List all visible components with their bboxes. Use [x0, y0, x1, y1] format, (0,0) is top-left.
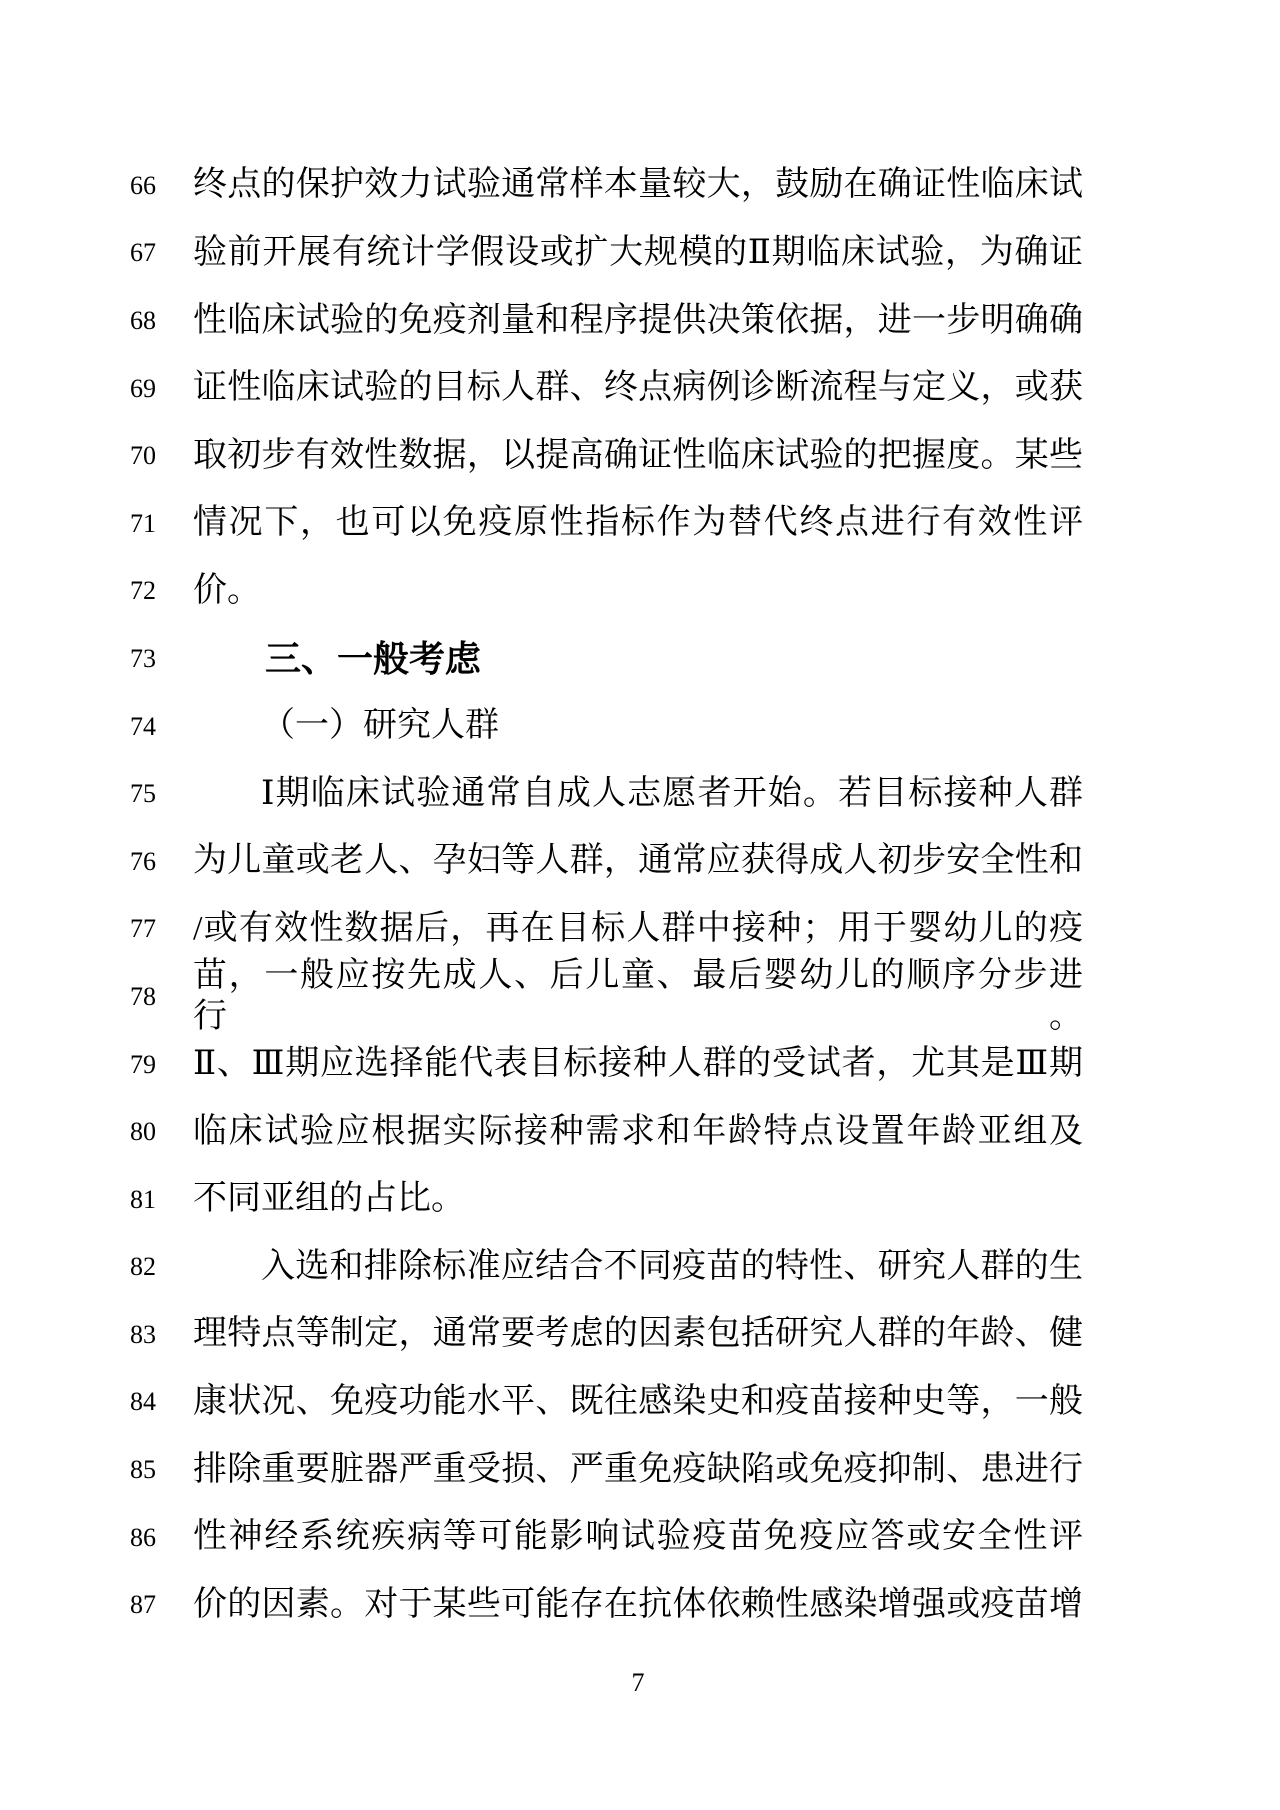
line-number: 85 [0, 1457, 193, 1483]
document-line: 73三、一般考虑 [0, 625, 1280, 693]
document-line: 67验前开展有统计学假设或扩大规模的Ⅱ期临床试验，为确证 [0, 220, 1280, 288]
document-line: 70取初步有效性数据，以提高确证性临床试验的把握度。某些 [0, 422, 1280, 490]
document-line: 71情况下，也可以免疫原性指标作为替代终点进行有效性评 [0, 490, 1280, 558]
line-number: 87 [0, 1592, 193, 1618]
line-text: 康状况、免疫功能水平、既往感染史和疫苗接种史等，一般 [193, 1382, 1083, 1423]
line-number: 79 [0, 1052, 193, 1078]
line-number: 70 [0, 443, 193, 469]
document-line: 69证性临床试验的目标人群、终点病例诊断流程与定义，或获 [0, 355, 1280, 423]
document-line: 78苗，一般应按先成人、后儿童、最后婴幼儿的顺序分步进行。 [0, 963, 1280, 1031]
line-text: 性神经系统疾病等可能影响试验疫苗免疫应答或安全性评 [193, 1517, 1083, 1558]
document-line: 85排除重要脏器严重受损、严重免疫缺陷或免疫抑制、患进行 [0, 1436, 1280, 1504]
line-text: 验前开展有统计学假设或扩大规模的Ⅱ期临床试验，为确证 [193, 233, 1083, 274]
line-text: 情况下，也可以免疫原性指标作为替代终点进行有效性评 [193, 503, 1083, 544]
line-number: 76 [0, 849, 193, 875]
document-line: 80临床试验应根据实际接种需求和年龄特点设置年龄亚组及 [0, 1098, 1280, 1166]
document-line: 84康状况、免疫功能水平、既往感染史和疫苗接种史等，一般 [0, 1369, 1280, 1437]
line-text: 苗，一般应按先成人、后儿童、最后婴幼儿的顺序分步进行。 [193, 956, 1083, 1038]
document-line: 66终点的保护效力试验通常样本量较大，鼓励在确证性临床试 [0, 152, 1280, 220]
line-number: 72 [0, 578, 193, 604]
line-number: 69 [0, 376, 193, 402]
line-number: 81 [0, 1187, 193, 1213]
document-content: 66终点的保护效力试验通常样本量较大，鼓励在确证性临床试67验前开展有统计学假设… [0, 152, 1280, 1639]
document-page: 66终点的保护效力试验通常样本量较大，鼓励在确证性临床试67验前开展有统计学假设… [0, 0, 1280, 1810]
line-number: 75 [0, 781, 193, 807]
line-text: 终点的保护效力试验通常样本量较大，鼓励在确证性临床试 [193, 165, 1083, 206]
line-number: 78 [0, 984, 193, 1010]
line-text: 价。 [193, 571, 1083, 612]
document-line: 74（一）研究人群 [0, 693, 1280, 761]
document-line: 72价。 [0, 558, 1280, 626]
line-number: 82 [0, 1254, 193, 1280]
document-line: 79Ⅱ、Ⅲ期应选择能代表目标接种人群的受试者，尤其是Ⅲ期 [0, 1031, 1280, 1099]
line-number: 86 [0, 1525, 193, 1551]
line-number: 74 [0, 714, 193, 740]
line-text: 不同亚组的占比。 [193, 1179, 1083, 1220]
document-line: 77/或有效性数据后，再在目标人群中接种；用于婴幼儿的疫 [0, 896, 1280, 964]
line-text: 理特点等制定，通常要考虑的因素包括研究人群的年龄、健 [193, 1314, 1083, 1355]
document-line: 83理特点等制定，通常要考虑的因素包括研究人群的年龄、健 [0, 1301, 1280, 1369]
line-number: 77 [0, 916, 193, 942]
line-number: 80 [0, 1119, 193, 1145]
document-line: 81不同亚组的占比。 [0, 1166, 1280, 1234]
line-text: Ⅰ期临床试验通常自成人志愿者开始。若目标接种人群 [193, 774, 1083, 815]
line-text: 为儿童或老人、孕妇等人群，通常应获得成人初步安全性和 [193, 841, 1083, 882]
line-text: 三、一般考虑 [193, 637, 1083, 680]
line-text: Ⅱ、Ⅲ期应选择能代表目标接种人群的受试者，尤其是Ⅲ期 [193, 1044, 1083, 1085]
line-text: 临床试验应根据实际接种需求和年龄特点设置年龄亚组及 [193, 1112, 1083, 1153]
line-text: 取初步有效性数据，以提高确证性临床试验的把握度。某些 [193, 436, 1083, 477]
page-number: 7 [193, 1668, 1083, 1698]
line-text: 价的因素。对于某些可能存在抗体依赖性感染增强或疫苗增 [193, 1585, 1083, 1626]
line-number: 71 [0, 511, 193, 537]
line-text: 排除重要脏器严重受损、严重免疫缺陷或免疫抑制、患进行 [193, 1450, 1083, 1491]
line-number: 68 [0, 308, 193, 334]
document-line: 76为儿童或老人、孕妇等人群，通常应获得成人初步安全性和 [0, 828, 1280, 896]
line-text: 入选和排除标准应结合不同疫苗的特性、研究人群的生 [193, 1247, 1083, 1288]
line-number: 73 [0, 646, 193, 672]
document-line: 68性临床试验的免疫剂量和程序提供决策依据，进一步明确确 [0, 287, 1280, 355]
line-text: 性临床试验的免疫剂量和程序提供决策依据，进一步明确确 [193, 301, 1083, 342]
line-text: 证性临床试验的目标人群、终点病例诊断流程与定义，或获 [193, 368, 1083, 409]
line-text: /或有效性数据后，再在目标人群中接种；用于婴幼儿的疫 [193, 909, 1083, 950]
document-line: 75Ⅰ期临床试验通常自成人志愿者开始。若目标接种人群 [0, 760, 1280, 828]
line-number: 83 [0, 1322, 193, 1348]
document-line: 87价的因素。对于某些可能存在抗体依赖性感染增强或疫苗增 [0, 1571, 1280, 1639]
document-line: 86性神经系统疾病等可能影响试验疫苗免疫应答或安全性评 [0, 1504, 1280, 1572]
document-line: 82入选和排除标准应结合不同疫苗的特性、研究人群的生 [0, 1234, 1280, 1302]
line-number: 66 [0, 173, 193, 199]
line-number: 84 [0, 1389, 193, 1415]
line-number: 67 [0, 240, 193, 266]
line-text: （一）研究人群 [193, 706, 1083, 747]
